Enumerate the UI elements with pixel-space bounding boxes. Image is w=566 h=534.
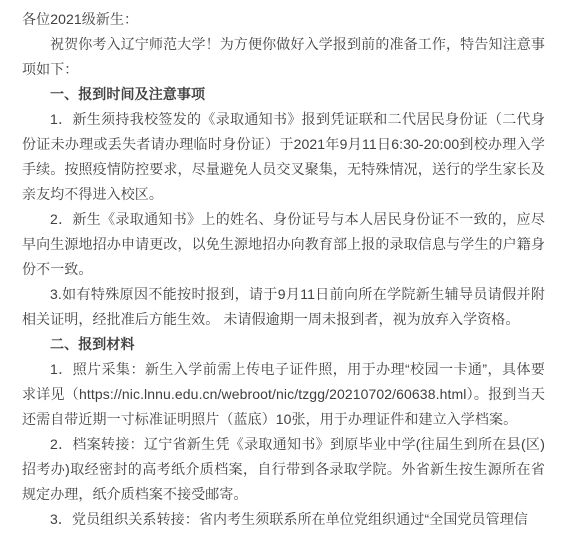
notice-document: 各位2021级新生： 祝贺你考入辽宁师范大学！为方便你做好入学报到前的准备工作，… bbox=[0, 0, 566, 534]
photo-requirements-url-text: https://nic.lnnu.edu.cn/webroot/nic/tzgg… bbox=[79, 386, 466, 402]
section2-item-3: 3．党员组织关系转接：省内考生须联系所在单位党组织通过“全国党员管理信 bbox=[22, 507, 545, 532]
section1-item-3: 3.如有特殊原因不能按时报到，请于9月11日前向所在学院新生辅导员请假并附相关证… bbox=[22, 282, 545, 332]
section2-item-2: 2．档案转接：辽宁省新生凭《录取通知书》到原毕业中学(往届生到所在县(区)招考办… bbox=[22, 432, 545, 507]
section1-item-2: 2．新生《录取通知书》上的姓名、身份证号与本人居民身份证不一致的，应尽早向生源地… bbox=[22, 207, 545, 282]
section1-item-1: 1．新生须持我校签发的《录取通知书》报到凭证联和二代居民身份证（二代身份证未办理… bbox=[22, 107, 545, 207]
section2-item-1: 1．照片采集：新生入学前需上传电子证件照，用于办理“校园一卡通”，具体要求详见（… bbox=[22, 357, 545, 432]
section2-heading: 二、报到材料 bbox=[22, 332, 545, 357]
section1-heading: 一、报到时间及注意事项 bbox=[22, 82, 545, 107]
intro-paragraph: 祝贺你考入辽宁师范大学！为方便你做好入学报到前的准备工作，特告知注意事项如下： bbox=[22, 32, 545, 82]
salutation: 各位2021级新生： bbox=[22, 7, 545, 32]
